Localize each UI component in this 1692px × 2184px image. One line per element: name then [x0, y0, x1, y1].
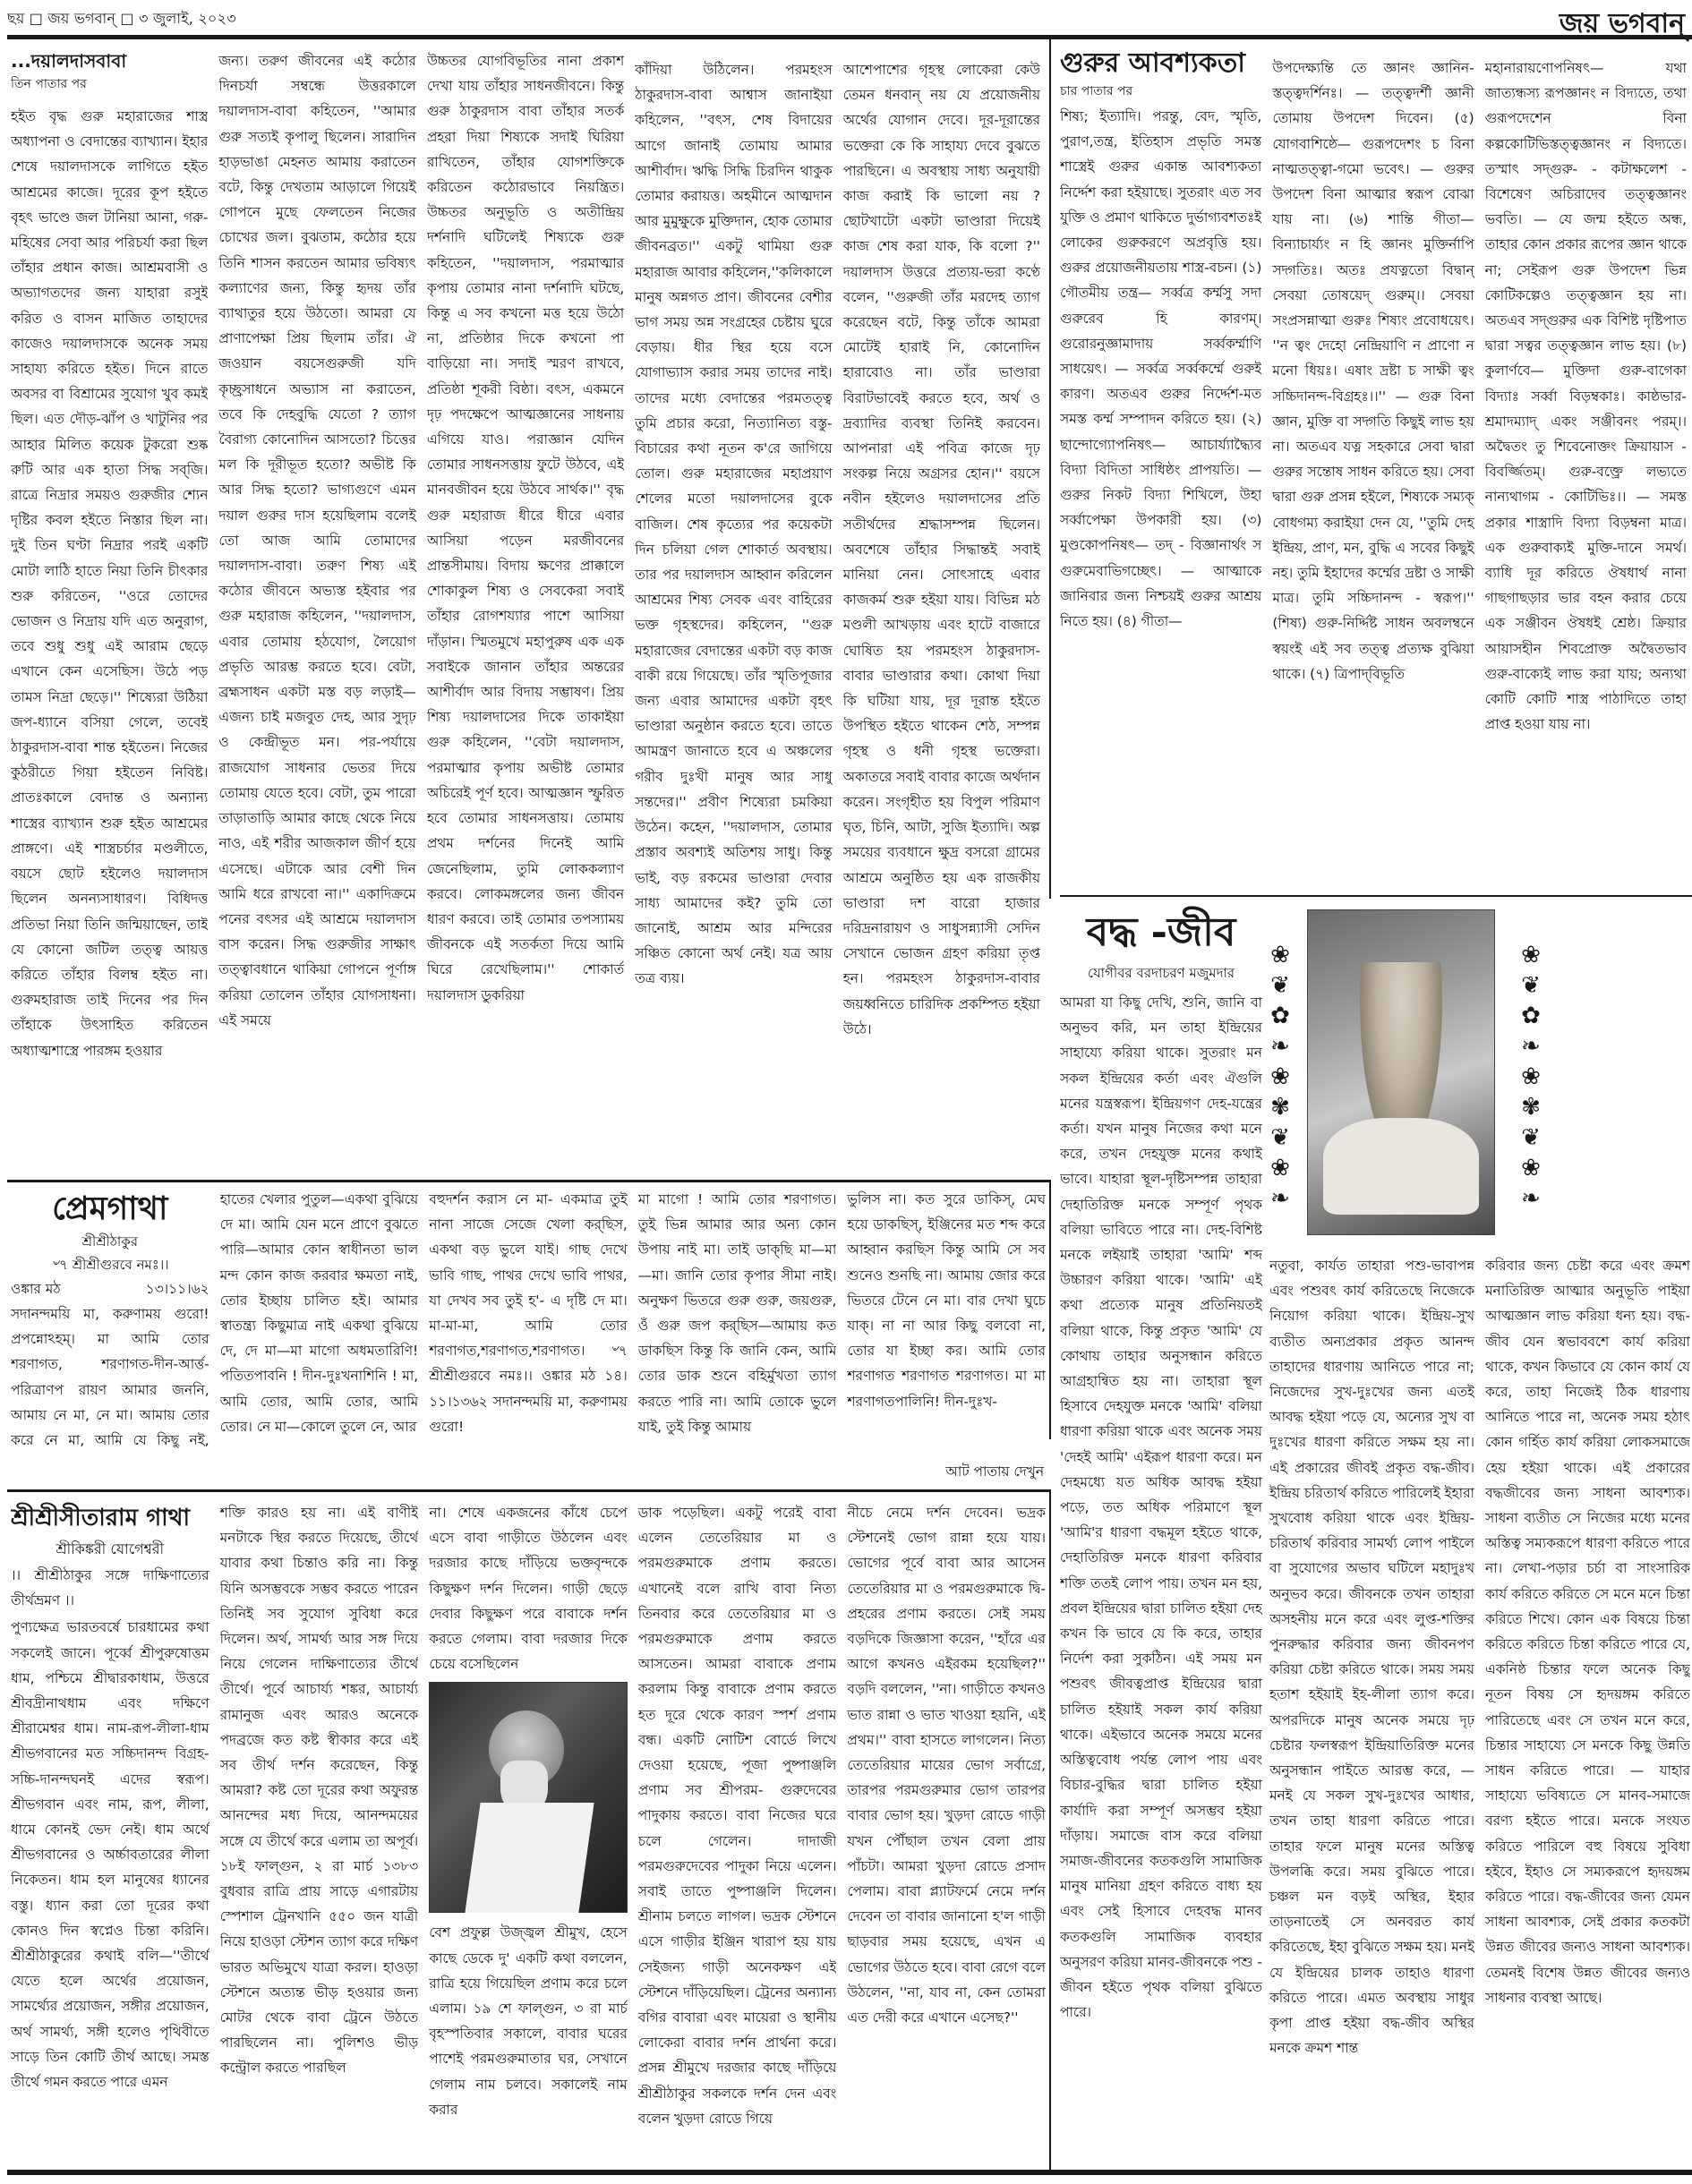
article-text: হাতের খেলার পুতুল—একথা বুঝিয়ে দে মা। আম…	[220, 1187, 419, 1439]
article-column: কাঁদিয়া উঠিলেন। পরমহংস ঠাকুরদাস-বাবা আশ…	[635, 48, 832, 1167]
continued-from: চার পাতার পর	[1060, 81, 1261, 102]
masthead-rule	[7, 35, 1692, 39]
photo-thakur-smiling	[429, 1682, 628, 1913]
article-text: জন্য। তরুণ জীবনের এই কঠোর দিনচর্যা সম্বন…	[218, 48, 415, 1033]
article-headline: শ্রীশ্রীসীতারাম গাথা	[11, 1500, 209, 1536]
article-text: মহানারায়ণোপনিষৎ— যথা জাত্যন্ধস্য রূপজ্ঞ…	[1485, 55, 1687, 737]
article-sitaram-gatha: শ্রীশ্রীসীতারাম গাথা শ্রীকিঙ্করী যোগেশ্ব…	[11, 1500, 1046, 2166]
article-text: হইত বৃদ্ধ গুরু মহারাজের শাস্ত্র অধ্যাপনা…	[11, 104, 208, 1063]
floral-ornament-icon: ❀❦✿❧❀✾❦❀❧	[1262, 940, 1298, 1235]
article-column: উচ্চতর যোগবিভূতির নানা প্রকাশ দেখা যায় …	[427, 48, 624, 1167]
article-byline: যোগীবর বরদাচরণ মজুমদার	[1060, 961, 1262, 985]
article-column: করিবার জন্য চেষ্টা করে এবং ক্রমশ মনাতিরি…	[1485, 1253, 1690, 2162]
article-baddha-jiva-cont: নতুবা, কার্যত তাহারা পশু-ভাবাপন্ন এবং পশ…	[1269, 1253, 1690, 2162]
article-column: নীচে নেমে দর্শন দেবেন। ভদ্রক স্টেশনেই ভো…	[847, 1500, 1046, 2166]
article-text: মা মাগো ! আমি তোর শরণাগত। তুই ভিন্ন আমার…	[638, 1187, 837, 1439]
article-column: ভুলিস না। কত সুরে ডাকিস্, মেঘ হয়ে ডাকছি…	[847, 1187, 1046, 1455]
article-dayaldas: ...দয়ালদাসবাবা তিন পাতার পর হইত বৃদ্ধ গ…	[11, 48, 1040, 1167]
article-column: মহানারায়ণোপনিষৎ— যথা জাত্যন্ধস্য রূপজ্ঞ…	[1485, 47, 1687, 888]
section-rule	[1060, 895, 1692, 897]
article-premgatha: প্রেমগাথা শ্রীশ্রীঠাকুর ৺৭ শ্রীশ্রীগুরবে…	[11, 1187, 1046, 1455]
article-subtitle: ।। শ্রীশ্রীঠাকুর সঙ্গে দাক্ষিণাত্যের তীর…	[11, 1563, 209, 1613]
article-column: জন্য। তরুণ জীবনের এই কঠোর দিনচর্যা সম্বন…	[218, 48, 415, 1167]
article-guru: গুরুর আবশ্যকতা চার পাতার পর শিষ্য; ইত্যা…	[1060, 47, 1687, 888]
article-column: উপদেক্ষ্যন্তি তে জ্ঞানং জ্ঞানিন-স্তত্ত্ব…	[1272, 47, 1474, 888]
article-text: নীচে নেমে দর্শন দেবেন। ভদ্রক স্টেশনেই ভো…	[847, 1500, 1046, 2030]
article-text: আশেপাশের গৃহস্থ লোকেরা কেউ তেমন ধনবান্ ন…	[843, 57, 1040, 1042]
article-text: ভুলিস না। কত সুরে ডাকিস্, মেঘ হয়ে ডাকছি…	[847, 1187, 1046, 1414]
article-column: না। শেষে একজনের কাঁধে চেপে এসে বাবা গাড়…	[429, 1500, 628, 2166]
article-text: বেশ প্রফুল্ল উজ্জ্বল শ্রীমুখ, হেসে কাছে …	[429, 1920, 628, 2122]
footer-rule	[7, 2170, 1692, 2175]
article-byline: শ্রীশ্রীঠাকুর	[11, 1230, 209, 1253]
article-column: নতুবা, কার্যত তাহারা পশু-ভাবাপন্ন এবং পশ…	[1269, 1253, 1474, 2162]
article-column: শক্তি কারও হয় না। এই বাণীই মনটাকে স্থির…	[220, 1500, 419, 2166]
article-headline: বদ্ধ -জীব	[1060, 904, 1262, 961]
photo-yogi-meditating	[1307, 909, 1495, 1235]
dateline-date: ১৩।১১।৬২	[146, 1276, 209, 1301]
photo-cloth	[1323, 1118, 1480, 1216]
article-column: ...দয়ালদাসবাবা তিন পাতার পর হইত বৃদ্ধ গ…	[11, 48, 208, 1167]
column-rule	[1049, 39, 1051, 899]
article-text: শক্তি কারও হয় না। এই বাণীই মনটাকে স্থির…	[220, 1500, 419, 2081]
continued-from: তিন পাতার পর	[11, 73, 208, 95]
dateline-place: ওঙ্কার মঠ	[11, 1276, 61, 1301]
article-text: কাঁদিয়া উঠিলেন। পরমহংস ঠাকুরদাস-বাবা আশ…	[635, 57, 832, 992]
article-column: গুরুর আবশ্যকতা চার পাতার পর শিষ্য; ইত্যা…	[1060, 47, 1261, 888]
column-rule	[1049, 1489, 1051, 2170]
article-byline: শ্রীকিঙ্করী যোগেশ্বরী	[11, 1536, 209, 1563]
article-text: উপদেক্ষ্যন্তি তে জ্ঞানং জ্ঞানিন-স্তত্ত্ব…	[1272, 55, 1474, 687]
article-text: করিবার জন্য চেষ্টা করে এবং ক্রমশ মনাতিরি…	[1485, 1253, 1690, 2010]
article-text: নতুবা, কার্যত তাহারা পশু-ভাবাপন্ন এবং পশ…	[1269, 1253, 1474, 2061]
article-column: হাতের খেলার পুতুল—একথা বুঝিয়ে দে মা। আম…	[220, 1187, 419, 1455]
article-column: ডাক পড়েছিল। একটু পরেই বাবা এলেন তেতেরিয…	[638, 1500, 837, 2166]
floral-ornament-icon: ❀❦✿❧❀✾❦❀❧	[1513, 940, 1549, 1235]
article-column: বহুদর্শন করাস নে মা- একমাত্র তুই নানা সা…	[429, 1187, 628, 1455]
article-column: প্রেমগাথা শ্রীশ্রীঠাকুর ৺৭ শ্রীশ্রীগুরবে…	[11, 1187, 209, 1455]
invocation: ৺৭ শ্রীশ্রীগুরবে নমঃ।।	[11, 1253, 209, 1276]
article-text: উচ্চতর যোগবিভূতির নানা প্রকাশ দেখা যায় …	[427, 48, 624, 1008]
continued-to-link[interactable]: আট পাতায় দেখুন	[895, 1459, 1044, 1484]
photo-cloth	[466, 1803, 595, 1913]
article-column: শ্রীশ্রীসীতারাম গাথা শ্রীকিঙ্করী যোগেশ্ব…	[11, 1500, 209, 2166]
paper-logo: জয় ভগবান্	[1560, 2, 1685, 47]
column-rule	[1049, 1180, 1051, 1439]
article-baddha-jiva: বদ্ধ -জীব যোগীবর বরদাচরণ মজুমদার আমরা যা…	[1060, 904, 1262, 2162]
article-text: পুণ্যক্ষেত্র ভারতবর্ষে চারধামের কথা সকলে…	[11, 1615, 209, 2094]
article-headline: গুরুর আবশ্যকতা	[1060, 47, 1261, 81]
article-column: আশেপাশের গৃহস্থ লোকেরা কেউ তেমন ধনবান্ ন…	[843, 48, 1040, 1167]
masthead: ছয় □ জয় ভগবান্ □ ৩ জুলাই, ২০২৩ জয় ভগব…	[0, 0, 1692, 36]
section-rule	[7, 1180, 1051, 1182]
section-rule	[7, 1489, 1051, 1492]
article-text: ডাক পড়েছিল। একটু পরেই বাবা এলেন তেতেরিয…	[638, 1500, 837, 2131]
article-kicker: ...দয়ালদাসবাবা	[11, 48, 208, 73]
article-text: সদানন্দময়ি মা, করুণাময় গুরো! প্রপন্নোঽ…	[11, 1301, 209, 1455]
article-text: শিষ্য; ইত্যাদি। পরন্তু, বেদ, স্মৃতি, পুর…	[1060, 104, 1261, 634]
dateline: ওঙ্কার মঠ ১৩।১১।৬২	[11, 1276, 209, 1301]
article-headline: প্রেমগাথা	[11, 1187, 209, 1230]
page-info: ছয় □ জয় ভগবান্ □ ৩ জুলাই, ২০২৩	[7, 7, 236, 31]
article-column: মা মাগো ! আমি তোর শরণাগত। তুই ভিন্ন আমার…	[638, 1187, 837, 1455]
article-text: বহুদর্শন করাস নে মা- একমাত্র তুই নানা সা…	[429, 1187, 628, 1439]
article-text: আমরা যা কিছু দেখি, শুনি, জানি বা অনুভব ক…	[1060, 990, 1262, 2025]
article-column: আমরা যা কিছু দেখি, শুনি, জানি বা অনুভব ক…	[1060, 990, 1262, 2162]
article-text: না। শেষে একজনের কাঁধে চেপে এসে বাবা গাড়…	[429, 1500, 628, 1676]
